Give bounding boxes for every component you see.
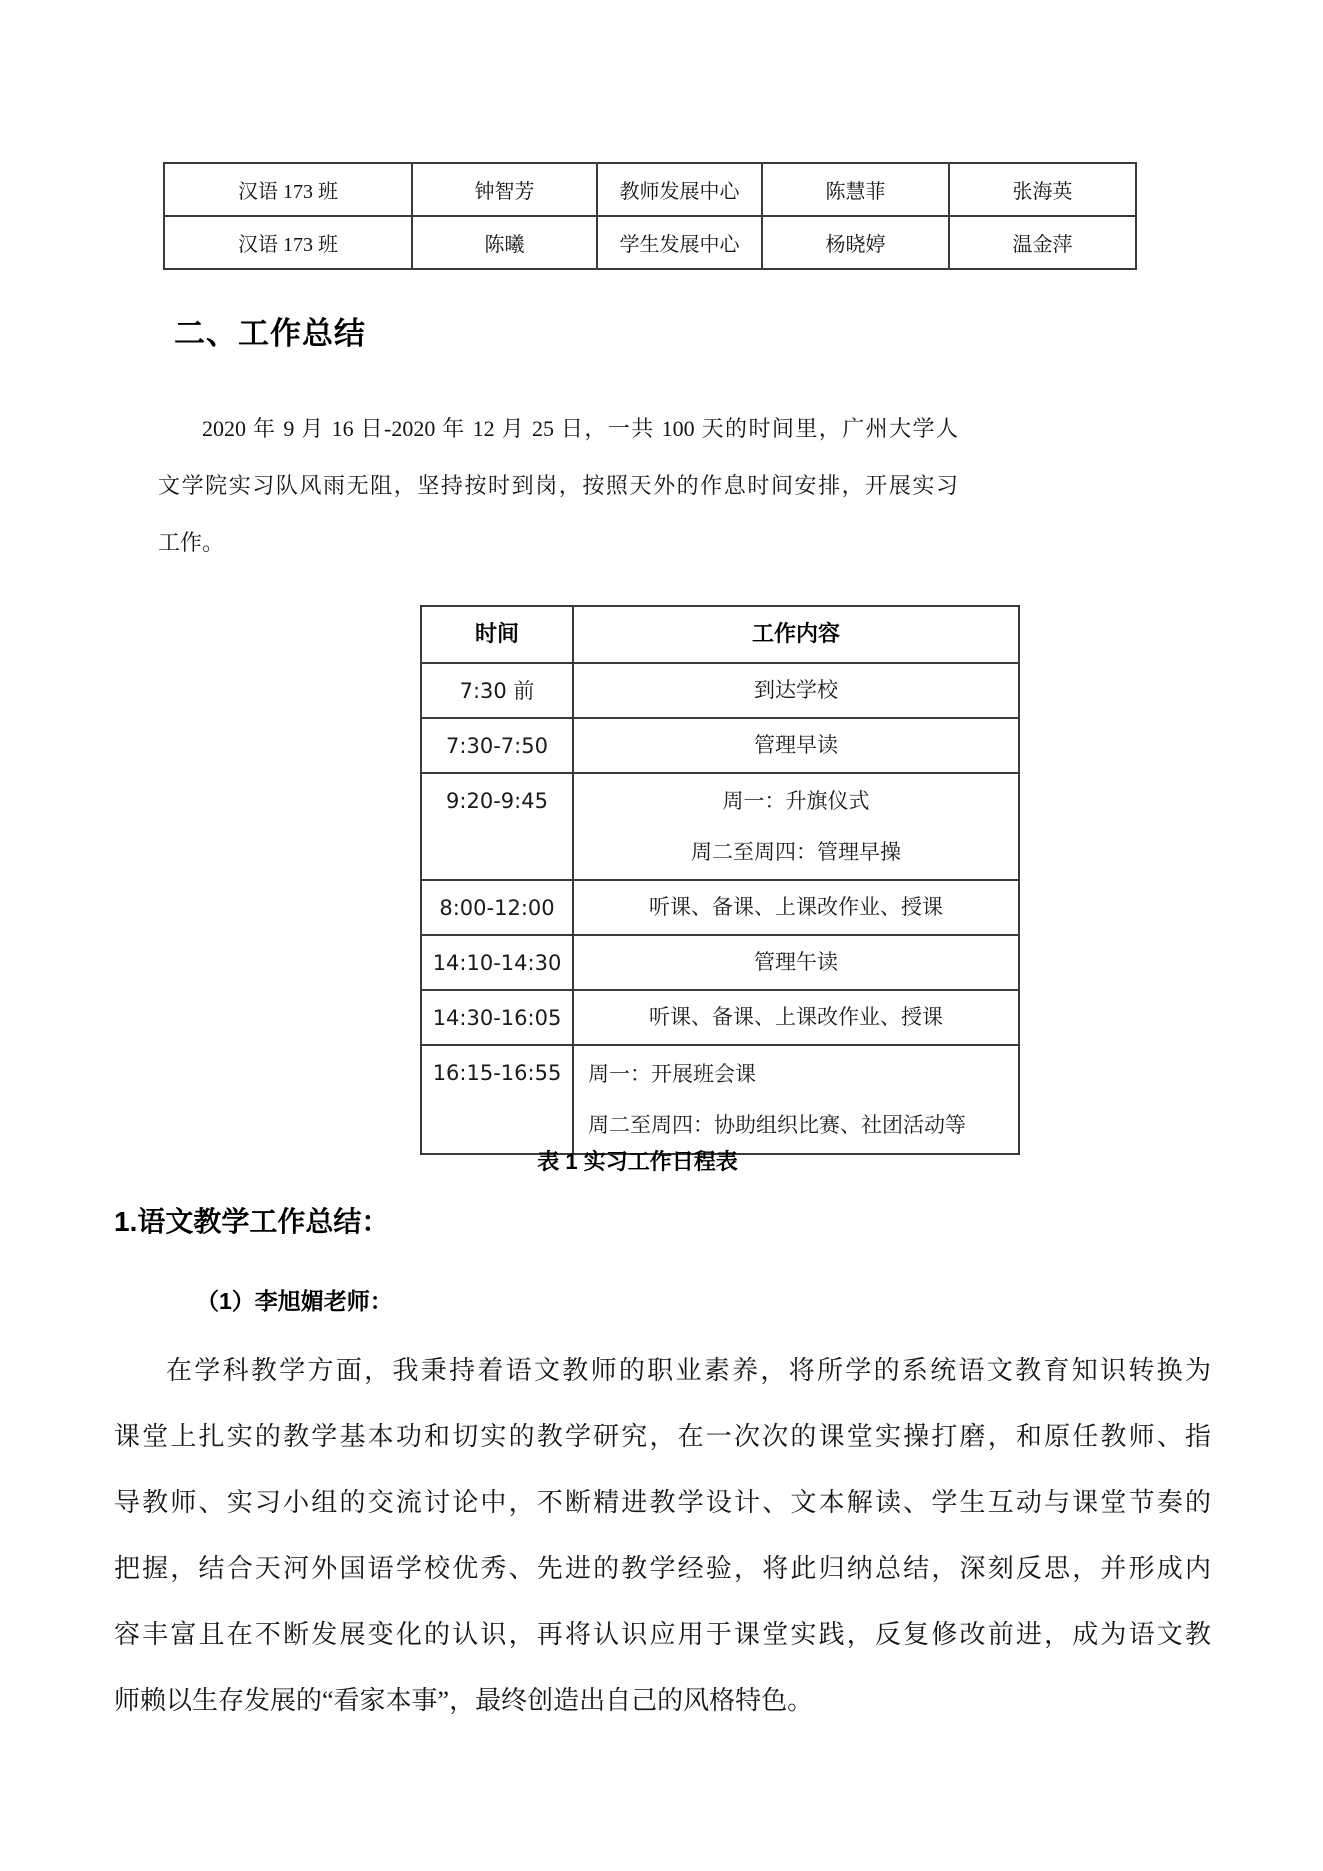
schedule-header-time: 时间: [422, 607, 574, 662]
schedule-content-line: 听课、备课、上课改作业、授课: [574, 990, 1018, 1045]
intro-paragraph-line: 2020 年 9 月 16 日-2020 年 12 月 25 日，一共 100 …: [158, 400, 958, 457]
schedule-time-cell: 8:00-12:00: [422, 881, 574, 934]
schedule-content-line: 周二至周四：管理早操: [574, 827, 1018, 878]
teacher-heading: （1）李旭媚老师：: [196, 1283, 393, 1316]
roster-cell: 钟智芳: [412, 163, 597, 216]
roster-cell: 陈曦: [412, 216, 597, 269]
schedule-table: 时间 工作内容 7:30 前到达学校7:30-7:50管理早读9:20-9:45…: [420, 605, 1020, 1155]
body-paragraph-line: 课堂上扎实的教学基本功和切实的教学研究，在一次次的课堂实操打磨，和原任教师、指: [114, 1404, 1211, 1470]
schedule-header-content: 工作内容: [574, 607, 1018, 662]
roster-cell: 汉语 173 班: [164, 216, 412, 269]
schedule-time-cell: 7:30-7:50: [422, 719, 574, 772]
schedule-content-line: 周一：升旗仪式: [574, 776, 1018, 827]
schedule-row: 14:30-16:05听课、备课、上课改作业、授课: [422, 991, 1018, 1046]
schedule-content-line: 听课、备课、上课改作业、授课: [574, 880, 1018, 935]
roster-row: 汉语 173 班钟智芳教师发展中心陈慧菲张海英: [164, 163, 1136, 216]
schedule-content-cell: 到达学校: [574, 664, 1018, 717]
schedule-row: 9:20-9:45周一：升旗仪式周二至周四：管理早操: [422, 774, 1018, 881]
roster-cell: 教师发展中心: [597, 163, 762, 216]
schedule-table-caption: 表 1 实习工作日程表: [115, 1145, 1160, 1176]
schedule-time-cell: 9:20-9:45: [422, 774, 574, 879]
schedule-time-cell: 14:30-16:05: [422, 991, 574, 1044]
body-paragraph-line: 导教师、实习小组的交流讨论中，不断精进教学设计、文本解读、学生互动与课堂节奏的: [114, 1470, 1211, 1536]
document-page: 汉语 173 班钟智芳教师发展中心陈慧菲张海英汉语 173 班陈曦学生发展中心杨…: [0, 0, 1323, 1871]
schedule-time-cell: 14:10-14:30: [422, 936, 574, 989]
schedule-content-cell: 管理早读: [574, 719, 1018, 772]
schedule-header-row: 时间 工作内容: [422, 607, 1018, 664]
roster-cell: 陈慧菲: [762, 163, 949, 216]
schedule-content-line: 管理午读: [574, 935, 1018, 990]
intro-paragraph-line: 文学院实习队风雨无阻，坚持按时到岗，按照天外的作息时间安排，开展实习: [158, 457, 958, 514]
roster-cell: 张海英: [949, 163, 1136, 216]
subsection-heading: 1.语文教学工作总结：: [114, 1200, 389, 1240]
schedule-content-cell: 周一：升旗仪式周二至周四：管理早操: [574, 774, 1018, 879]
schedule-content-cell: 管理午读: [574, 936, 1018, 989]
roster-table-body: 汉语 173 班钟智芳教师发展中心陈慧菲张海英汉语 173 班陈曦学生发展中心杨…: [164, 163, 1136, 269]
intro-paragraph: 2020 年 9 月 16 日-2020 年 12 月 25 日，一共 100 …: [158, 400, 958, 571]
roster-table: 汉语 173 班钟智芳教师发展中心陈慧菲张海英汉语 173 班陈曦学生发展中心杨…: [163, 162, 1137, 270]
body-paragraph-line: 容丰富且在不断发展变化的认识，再将认识应用于课堂实践，反复修改前进，成为语文教: [114, 1602, 1211, 1668]
schedule-content-cell: 周一：开展班会课周二至周四：协助组织比赛、社团活动等: [574, 1046, 1018, 1153]
schedule-row: 14:10-14:30管理午读: [422, 936, 1018, 991]
schedule-row: 7:30-7:50管理早读: [422, 719, 1018, 774]
body-paragraph: 在学科教学方面，我秉持着语文教师的职业素养，将所学的系统语文教育知识转换为课堂上…: [114, 1338, 1211, 1734]
schedule-time-cell: 7:30 前: [422, 664, 574, 717]
roster-cell: 学生发展中心: [597, 216, 762, 269]
schedule-time-cell: 16:15-16:55: [422, 1046, 574, 1153]
schedule-row: 16:15-16:55周一：开展班会课周二至周四：协助组织比赛、社团活动等: [422, 1046, 1018, 1153]
schedule-row: 7:30 前到达学校: [422, 664, 1018, 719]
schedule-content-cell: 听课、备课、上课改作业、授课: [574, 991, 1018, 1044]
schedule-content-line: 周一：开展班会课: [574, 1049, 1018, 1100]
roster-cell: 汉语 173 班: [164, 163, 412, 216]
intro-paragraph-line: 工作。: [158, 514, 958, 571]
body-paragraph-line: 把握，结合天河外国语学校优秀、先进的教学经验，将此归纳总结，深刻反思，并形成内: [114, 1536, 1211, 1602]
body-paragraph-line: 在学科教学方面，我秉持着语文教师的职业素养，将所学的系统语文教育知识转换为: [114, 1338, 1211, 1404]
section-heading: 二、工作总结: [174, 308, 366, 353]
schedule-content-cell: 听课、备课、上课改作业、授课: [574, 881, 1018, 934]
roster-row: 汉语 173 班陈曦学生发展中心杨晓婷温金萍: [164, 216, 1136, 269]
body-paragraph-line: 师赖以生存发展的“看家本事”，最终创造出自己的风格特色。: [114, 1668, 1211, 1734]
schedule-content-line: 到达学校: [574, 663, 1018, 718]
roster-cell: 杨晓婷: [762, 216, 949, 269]
roster-cell: 温金萍: [949, 216, 1136, 269]
schedule-content-line: 周二至周四：协助组织比赛、社团活动等: [574, 1100, 1018, 1151]
schedule-row: 8:00-12:00听课、备课、上课改作业、授课: [422, 881, 1018, 936]
schedule-content-line: 管理早读: [574, 718, 1018, 773]
